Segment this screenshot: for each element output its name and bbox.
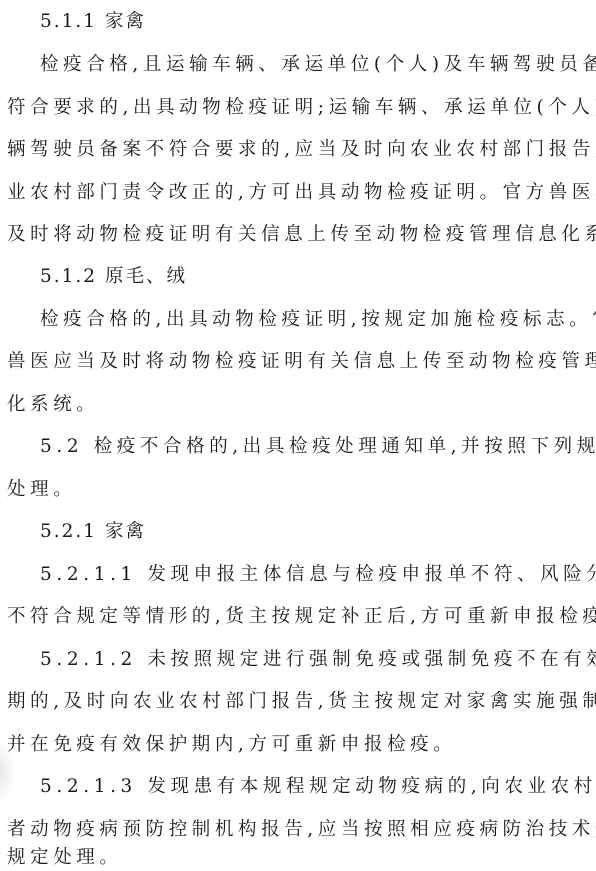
paragraph-line: 业农村部门责令改正的,方可出具动物检疫证明。官方兽医应当	[7, 181, 589, 205]
section-heading-5-1-2: 5.1.2 原毛、绒	[40, 265, 589, 289]
paragraph-line: 处理。	[7, 478, 589, 502]
section-heading-5-2-1: 5.2.1 家禽	[40, 520, 589, 544]
document-page: 5.1.1 家禽 检疫合格,且运输车辆、承运单位(个人)及车辆驾驶员备案 符合要…	[0, 0, 596, 871]
clause-5-2-1-1-line: 5.2.1.1 发现申报主体信息与检疫申报单不符、风险分级管理	[40, 563, 589, 587]
paragraph-line: 化系统。	[7, 393, 589, 417]
paragraph-line: 兽医应当及时将动物检疫证明有关信息上传至动物检疫管理信息	[7, 350, 589, 374]
paragraph-line: 检疫合格的,出具动物检疫证明,按规定加施检疫标志。官方	[40, 308, 589, 332]
paragraph-line: 期的,及时向农业农村部门报告,货主按规定对家禽实施强制免疫	[7, 690, 589, 714]
section-5-2-line: 5.2 检疫不合格的,出具检疫处理通知单,并按照下列规定	[40, 435, 589, 459]
paragraph-line: 并在免疫有效保护期内,方可重新申报检疫。	[7, 733, 589, 757]
paragraph-line: 符合要求的,出具动物检疫证明;运输车辆、承运单位(个人)及车	[7, 96, 589, 120]
clause-5-2-1-3-line: 5.2.1.3 发现患有本规程规定动物疫病的,向农业农村部门或	[40, 775, 589, 799]
clause-5-2-1-2-line: 5.2.1.2 未按照规定进行强制免疫或强制免疫不在有效保护	[40, 648, 589, 672]
paragraph-line: 及时将动物检疫证明有关信息上传至动物检疫管理信息化系统。	[7, 223, 589, 247]
paragraph-line: 规定处理。	[7, 846, 589, 870]
paragraph-line: 不符合规定等情形的,货主按规定补正后,方可重新申报检疫。	[7, 605, 589, 629]
paragraph-line: 辆驾驶员备案不符合要求的,应当及时向农业农村部门报告,由农	[7, 138, 589, 162]
section-heading-5-1-1: 5.1.1 家禽	[40, 10, 589, 34]
paragraph-line: 检疫合格,且运输车辆、承运单位(个人)及车辆驾驶员备案	[40, 53, 589, 77]
paragraph-line: 者动物疫病预防控制机构报告,应当按照相应疫病防治技术规范	[7, 818, 589, 842]
